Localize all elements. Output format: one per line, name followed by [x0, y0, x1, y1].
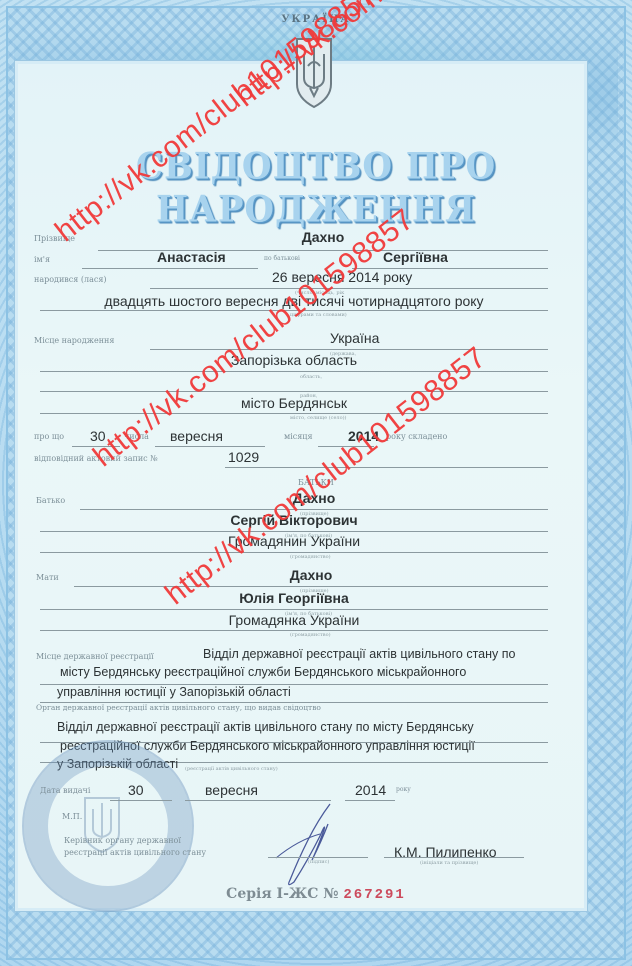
record-prefix: про що — [34, 432, 64, 441]
issue-year-suffix: року — [396, 786, 411, 793]
birthplace-district-line — [40, 391, 548, 392]
record-number-line — [225, 467, 548, 468]
mother-label: Мати — [36, 573, 59, 582]
head-label-line1: Керівник органу державної — [64, 836, 181, 845]
name-label: ім'я — [34, 255, 50, 264]
issue-year: 2014 — [355, 782, 386, 798]
seal-trident-icon — [82, 795, 122, 855]
father-name-line — [40, 531, 548, 532]
seal-label: М.П. — [62, 812, 82, 821]
birth-certificate: УКРАЇНА СВІДОЦТВО ПРО НАРОДЖЕННЯ Прізвищ… — [0, 0, 632, 966]
signature-line — [268, 857, 368, 858]
father-citizenship-line — [40, 552, 548, 553]
signature-hint: (підпис) — [308, 859, 329, 865]
issuer-hint: (реєстрації актів цивільного стану) — [185, 766, 278, 772]
birthplace-city-line — [40, 413, 548, 414]
official-hint: (ініціали та прізвище) — [420, 860, 478, 866]
child-first-name: Анастасія — [157, 249, 226, 265]
mother-citizenship: Громадянка України — [40, 612, 548, 628]
series-value: 267291 — [343, 887, 405, 903]
birthplace-region-hint: область, — [300, 374, 322, 380]
official-name: К.М. Пилипенко — [394, 844, 497, 860]
father-citizenship-hint: (громадянство) — [290, 554, 331, 560]
record-month-label: місяця — [284, 432, 313, 441]
father-label: Батько — [36, 496, 65, 505]
registration-place-label: Місце державної реєстрації — [36, 652, 154, 661]
signature — [268, 800, 348, 890]
series-label: Серія І-ЖС № — [226, 886, 338, 902]
record-month-line — [155, 446, 265, 447]
registration-place-line2: місту Бердянську реєстраційної служби Бе… — [60, 665, 466, 679]
issue-year-line — [345, 800, 395, 801]
issue-date-label: Дата видачі — [40, 786, 90, 795]
birthplace-city: місто Бердянськ — [40, 395, 548, 411]
record-month: вересня — [170, 428, 223, 444]
mother-surname: Дахно — [74, 567, 548, 583]
mother-name: Юлія Георгіївна — [40, 590, 548, 606]
issue-day-line — [110, 800, 172, 801]
mother-citizenship-line — [40, 630, 548, 631]
record-number: 1029 — [228, 449, 259, 465]
head-label-line2: реєстрації актів цивільного стану — [64, 848, 206, 857]
birthplace-country: Україна — [330, 330, 379, 346]
mother-surname-line — [74, 586, 548, 587]
issuer-line1: Відділ державної реєстрації актів цивіль… — [57, 720, 474, 734]
series-number: Серія І-ЖС № 267291 — [0, 886, 632, 903]
first-name-line — [82, 268, 258, 269]
mother-name-line — [40, 609, 548, 610]
father-surname-line — [80, 509, 548, 510]
issue-day: 30 — [128, 782, 144, 798]
patronymic-label: по батькові — [264, 255, 300, 262]
birthplace-label: Місце народження — [34, 336, 114, 345]
birthplace-city-hint: місто, селище (село)) — [290, 415, 347, 421]
registration-place-line3: управління юстиції у Запорізькій області — [57, 685, 291, 699]
child-surname: Дахно — [98, 229, 548, 245]
registration-place-line1: Відділ державної реєстрації актів цивіль… — [203, 647, 515, 661]
mother-citizenship-hint: (громадянство) — [290, 632, 331, 638]
issue-month: вересня — [205, 782, 258, 798]
dob-label: народився (лася) — [34, 275, 107, 284]
dob-line — [150, 288, 548, 289]
issuer-label: Орган державної реєстрації актів цивільн… — [36, 703, 321, 712]
father-citizenship: Громадянин України — [40, 533, 548, 549]
